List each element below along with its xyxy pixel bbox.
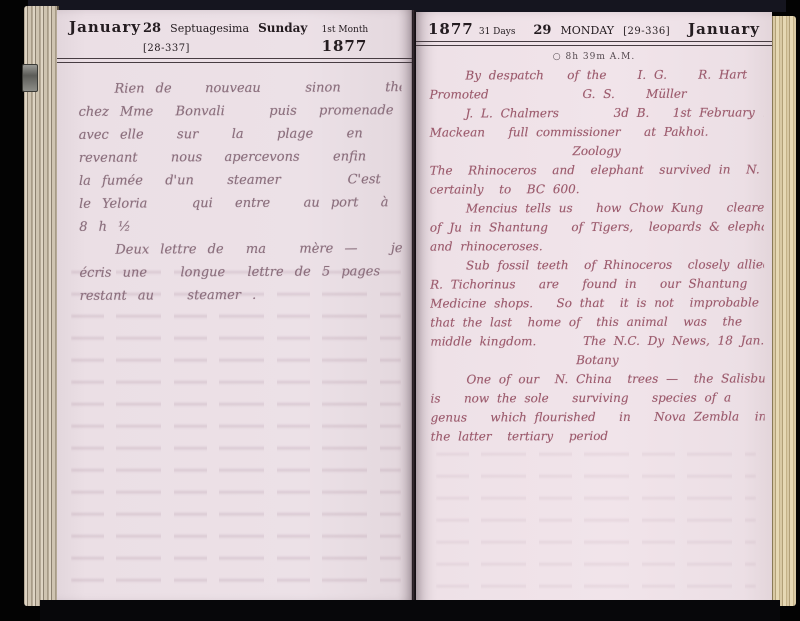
right-day-line: 29 MONDAY [29-336] [531,19,672,38]
right-page-header: 1877 31 Days 29 MONDAY [29-336] January [416,12,772,38]
diary-page-right: 1877 31 Days 29 MONDAY [29-336] January … [416,12,772,608]
handwritten-line: One of our N. China trees — the Salisbur… [430,369,764,389]
handwritten-line: The Rhinoceros and elephant survived in … [430,160,764,180]
right-weekday-label: MONDAY [561,24,615,37]
bleedthrough-ghost-text-right [436,440,756,590]
handwritten-line: la fumée d'un steamer C'est [79,168,402,193]
handwritten-line: restant au steamer . [80,283,403,308]
right-month-label: January [688,20,760,38]
left-year-label: 1877 [322,37,368,55]
handwritten-line: that the last home of this animal was th… [430,312,764,332]
handwritten-line: Zoology [430,141,764,161]
left-day-line: 28 Septuagesima Sunday [28-337] [141,17,322,55]
handwritten-line: Promoted G. S. Müller [429,84,763,104]
handwritten-line: of Ju in Shantung of Tigers, leopards & … [430,217,764,237]
right-year-group: 1877 31 Days [428,19,515,38]
right-days-in-month: 31 Days [479,27,516,37]
handwritten-line: middle kingdom. The N.C. Dy News, 18 Jan… [430,331,764,351]
handwritten-line: chez Mme Bonvali puis promenade [79,99,402,124]
right-day-number: 29 [533,23,551,38]
left-month-label: January [69,18,141,36]
right-header-rule [416,41,772,46]
left-year-group: 1st Month 1877 [322,17,400,55]
left-weekday-label: Sunday [258,21,307,35]
handwritten-line: certainly to BC 600. [430,179,764,199]
left-month-ordinal: 1st Month [322,25,369,35]
handwritten-line: Mencius tells us how Chow Kung cleared t… [430,198,764,218]
diary-photo: January 28 Septuagesima Sunday [28-337] … [0,0,800,621]
handwritten-entry-left: Rien de nouveau sinon théchez Mme Bonval… [56,62,412,308]
handwritten-line: J. L. Chalmers 3d B. 1st February 1877 [429,103,763,123]
full-moon-icon: ○ [553,52,562,62]
left-page-header: January 28 Septuagesima Sunday [28-337] … [57,10,412,55]
handwritten-line: genus which flourished in Nova Zembla in [431,407,765,427]
handwritten-line: écris une longue lettre de 5 pages en [79,260,402,285]
left-day-number: 28 [143,21,161,36]
handwritten-line: revenant nous apercevons enfin [79,145,402,170]
diary-page-left: January 28 Septuagesima Sunday [28-337] … [57,10,412,602]
handwritten-line: 8 h ½ [79,214,402,239]
right-day-count: [29-336] [623,26,670,37]
handwritten-line: By despatch of the I. G. R. Hart [429,65,763,85]
handwritten-line: is now the sole surviving species of a [430,388,764,408]
handwritten-line: Sub fossil teeth of Rhinoceros closely a… [430,255,764,275]
handwritten-line: Deux lettre de ma mère — je lui [79,237,402,262]
handwritten-line: Rien de nouveau sinon thé [78,76,401,101]
handwritten-line: Mackean full commissioner at Pakhoi. [430,122,764,142]
handwritten-line: le Yeloria qui entre au port à [79,191,402,216]
handwritten-line: Botany [430,350,764,370]
moon-time-label: 8h 39m A.M. [566,52,636,62]
handwritten-line: avec elle sur la plage en [79,122,402,147]
book-clasp [22,64,38,92]
bleedthrough-ghost-text-left [71,258,401,594]
book-bottom-shadow [40,600,780,621]
left-feast-label: Septuagesima [170,22,249,35]
right-year-label: 1877 [428,20,474,38]
handwritten-line: and rhinoceroses. [430,236,764,256]
handwritten-line: the latter tertiary period [431,426,765,446]
left-day-count: [28-337] [143,43,190,54]
book-page-edges-right [772,16,796,606]
book-page-edges-left [24,6,59,606]
handwritten-entry-right: By despatch of the I. G. R. HartPromoted… [415,61,772,446]
moon-phase-line: ○ 8h 39m A.M. [416,52,772,62]
handwritten-line: Medicine shops. So that it is not improb… [430,293,764,313]
handwritten-line: R. Tichorinus are found in our Shantung [430,274,764,294]
